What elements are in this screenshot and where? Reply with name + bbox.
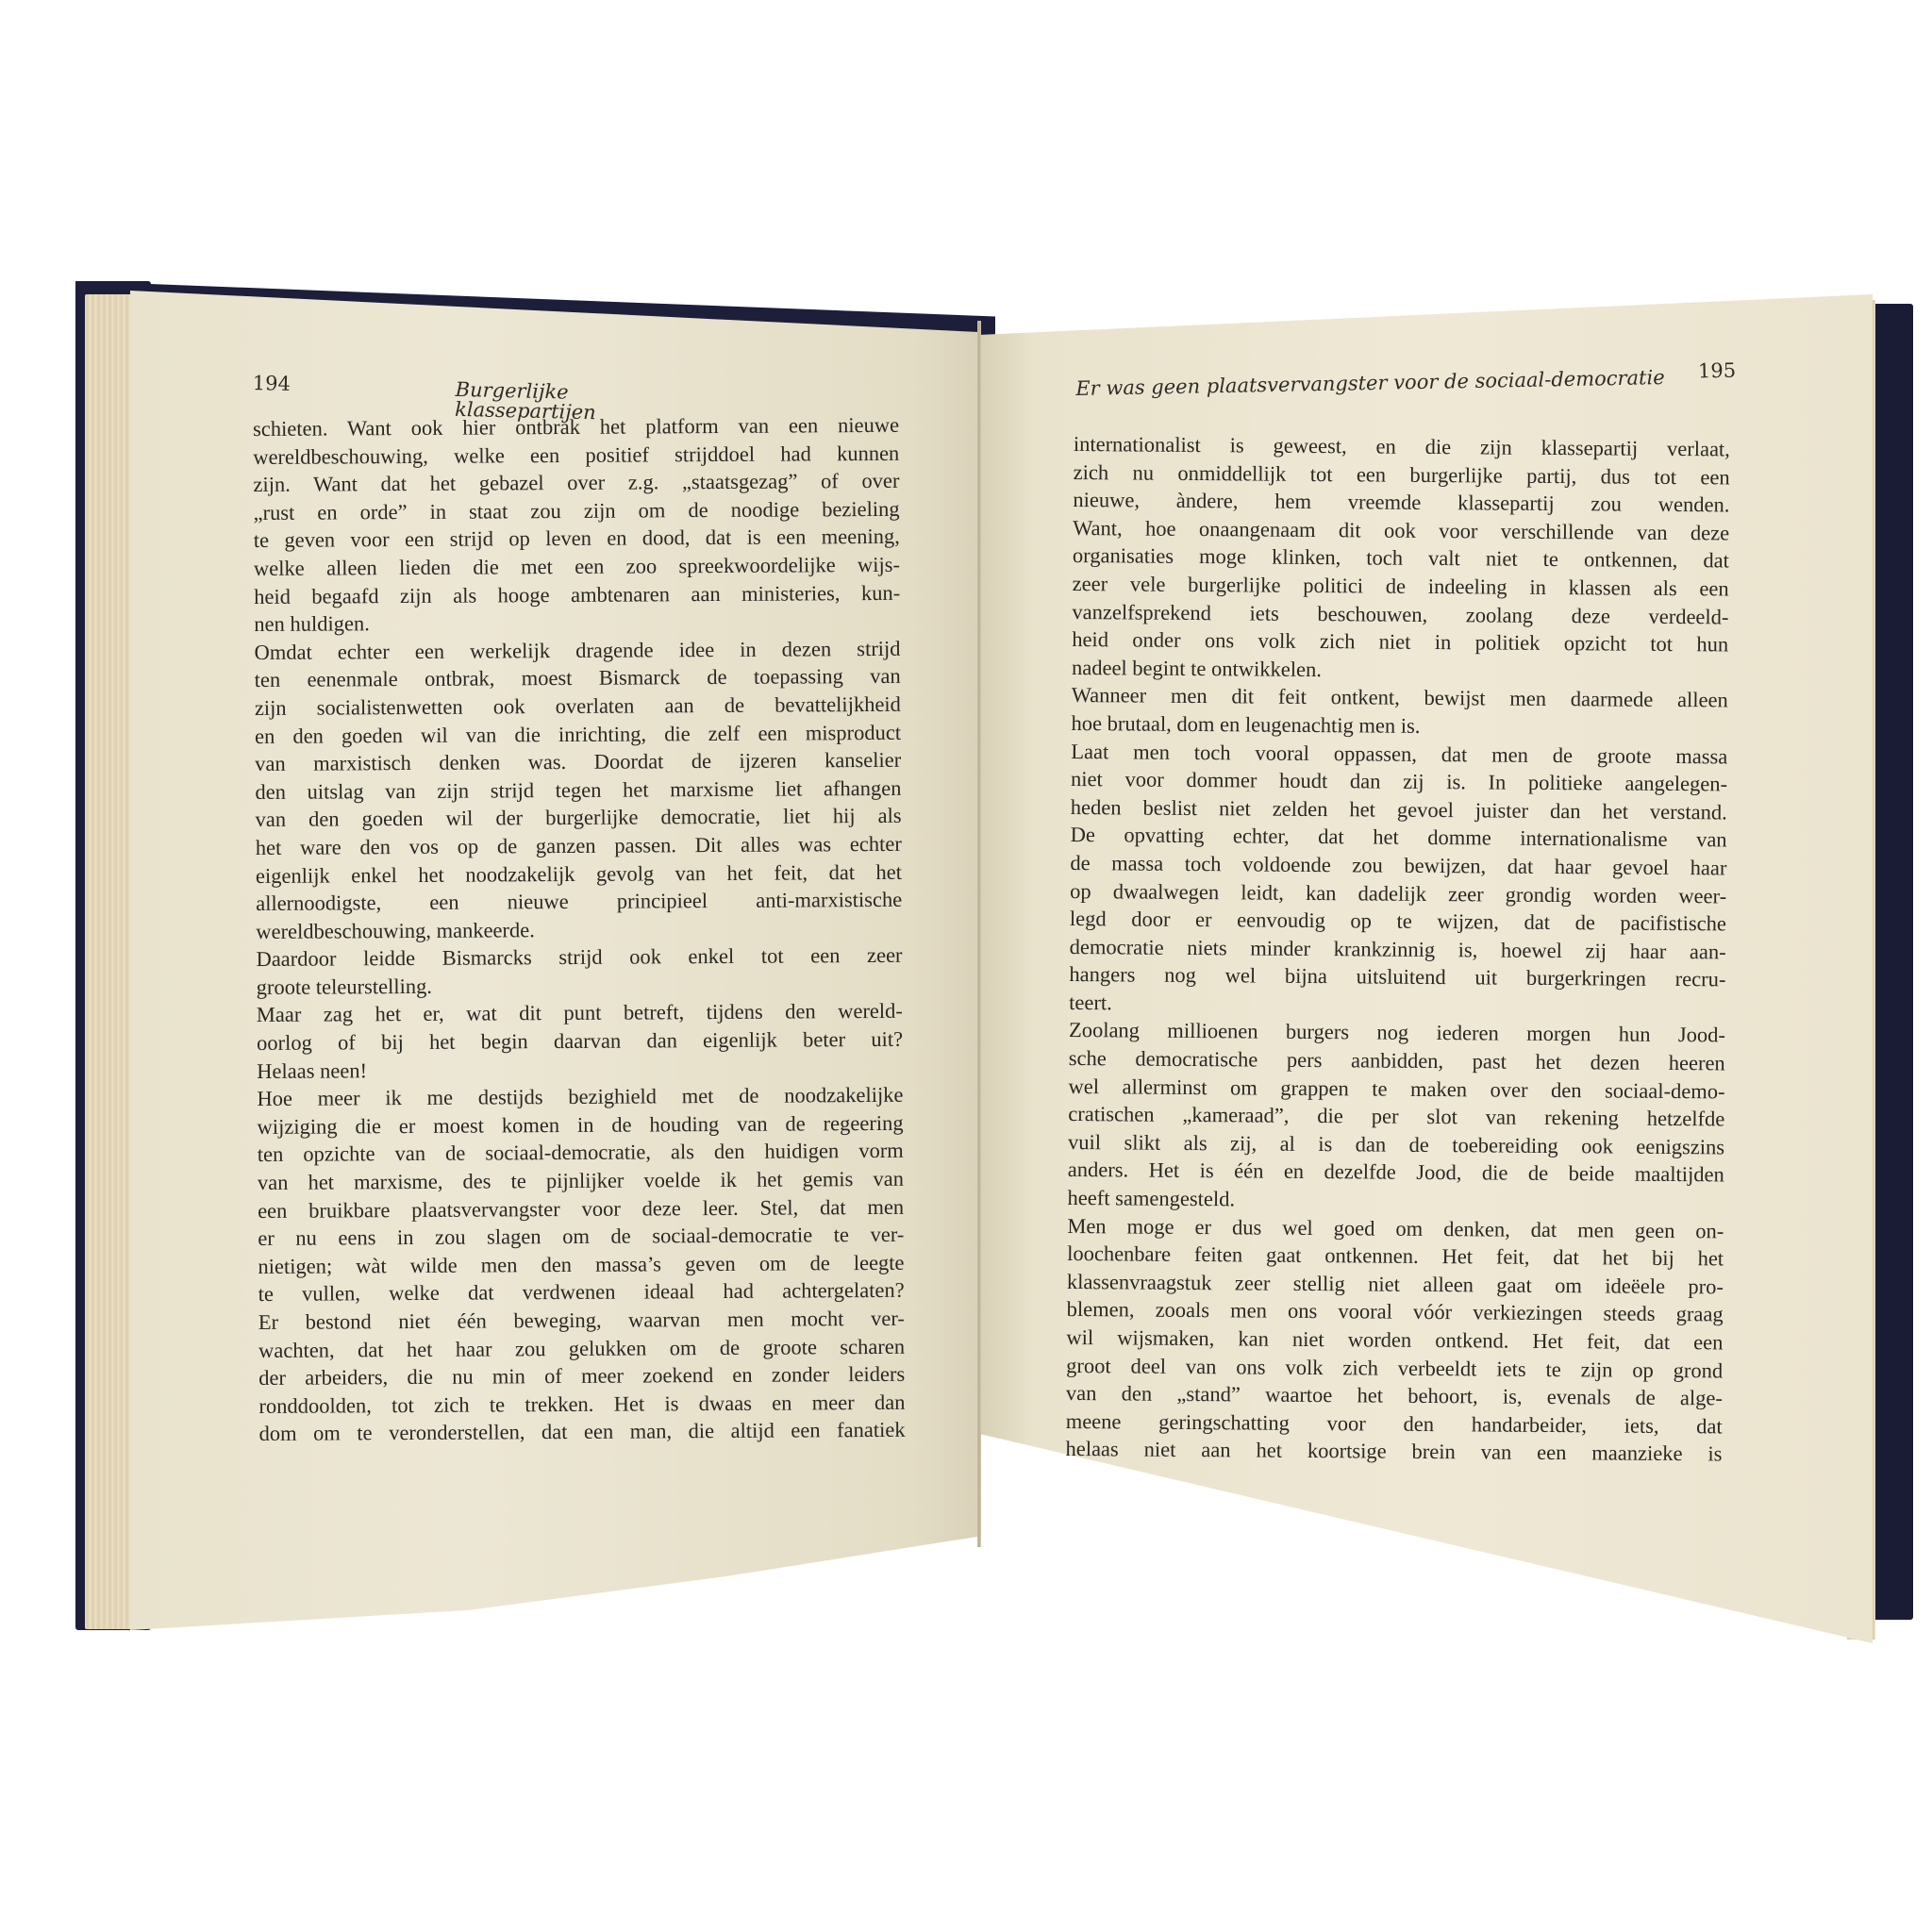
text-line: wereldbeschouwing, mankeerde. [256, 913, 902, 945]
text-line: hoe brutaal, dom en leugenachtig men is. [1071, 709, 1727, 742]
text-line: ten eenenmale ontbrak, moest Bismarck de… [255, 662, 901, 694]
text-line: nietigen; wàt wilde men den massa’s geve… [258, 1249, 904, 1281]
text-line: „rust en orde” in staat zou zijn om de n… [254, 495, 900, 527]
text-line: nen huldigen. [254, 607, 900, 639]
text-line: dom om te veronderstellen, dat een man, … [259, 1416, 906, 1448]
page-edges-left [85, 294, 137, 1629]
text-line: den uitslag van zijn strijd tegen het ma… [255, 774, 901, 807]
text-line: Helaas neen! [257, 1053, 903, 1085]
text-line: wereldbeschouwing, welke een positief st… [253, 439, 899, 471]
text-line: wachten, dat het haar zou gelukken om de… [258, 1332, 905, 1364]
text-line: te geven voor een strijd op leven en doo… [254, 523, 900, 555]
text-line: helaas niet aan het koortsige brein van … [1065, 1435, 1722, 1468]
text-line: het ware den vos op de ganzen passen. Di… [256, 830, 902, 862]
text-line: hangers nog wel bijna uitsluitend uit bu… [1069, 960, 1725, 993]
text-line: der arbeiders, die nu min of meer zoeken… [258, 1360, 905, 1392]
right-page-body-text: internationalist is geweest, en die zijn… [1065, 430, 1730, 1468]
text-line: zijn socialistenwetten ook overlaten aan… [255, 691, 901, 723]
text-line: een bruikbare plaatsvervangster voor dez… [258, 1192, 904, 1224]
left-page-body-text: schieten. Want ook hier ontbrak het plat… [253, 411, 906, 1448]
text-line: ten opzichte van de sociaal-democratie, … [258, 1137, 904, 1169]
page-number-left: 194 [253, 374, 291, 394]
text-line: en den goeden wil van die inrichting, di… [255, 718, 901, 750]
text-line: eigenlijk enkel het noodzakelijk gevolg … [256, 858, 902, 890]
text-line: zijn. Want dat het gebazel over z.g. „st… [253, 467, 899, 499]
text-line: Er bestond niet één beweging, waarvan me… [258, 1305, 905, 1337]
text-line: groote teleurstelling. [257, 970, 903, 1002]
text-line: te vullen, welke dat verdwenen ideaal ha… [258, 1276, 905, 1308]
text-line: allernoodigste, een nieuwe principieel a… [256, 886, 902, 918]
text-line: van den goeden wil der burgerlijke democ… [256, 802, 902, 834]
book-gutter [977, 321, 981, 1547]
text-line: schieten. Want ook hier ontbrak het plat… [253, 411, 899, 443]
book-photo: 194 Burgerlijke klassepartijen Er was ge… [0, 0, 1932, 1932]
text-line: internationalist is geweest, en die zijn… [1074, 430, 1730, 463]
page-number-right: 195 [1698, 361, 1736, 382]
text-line: zeer vele burgerlijke politici de indeel… [1073, 570, 1729, 603]
text-line: er nu eens in zou slagen om de sociaal-d… [258, 1221, 904, 1253]
text-line: Hoe meer ik me destijds bezighield met d… [257, 1081, 903, 1113]
text-line: wijziging die er moest komen in de houdi… [258, 1109, 904, 1141]
text-line: de massa toch voldoende zou bewijzen, da… [1070, 849, 1726, 882]
text-line: Omdat echter een werkelijk dragende idee… [254, 635, 900, 667]
text-line: heid begaafd zijn als hooge ambtenaren a… [254, 578, 900, 610]
text-line: ronddoolden, tot zich te trekken. Het is… [258, 1389, 905, 1421]
text-line: welke alleen lieden die met een zoo spre… [254, 551, 900, 583]
text-line: oorlog of bij het begin daarvan dan eige… [257, 1025, 903, 1058]
text-line: van marxistisch denken was. Doordat de i… [255, 746, 901, 778]
text-line: Daardoor leidde Bismarcks strijd ook enk… [256, 941, 902, 974]
text-line: van het marxisme, des te pijnlijker voel… [258, 1165, 904, 1197]
text-line: wil wijsmaken, kan niet worden ontkend. … [1066, 1324, 1723, 1357]
text-line: Maar zag het er, wat dit punt betreft, t… [257, 997, 903, 1029]
